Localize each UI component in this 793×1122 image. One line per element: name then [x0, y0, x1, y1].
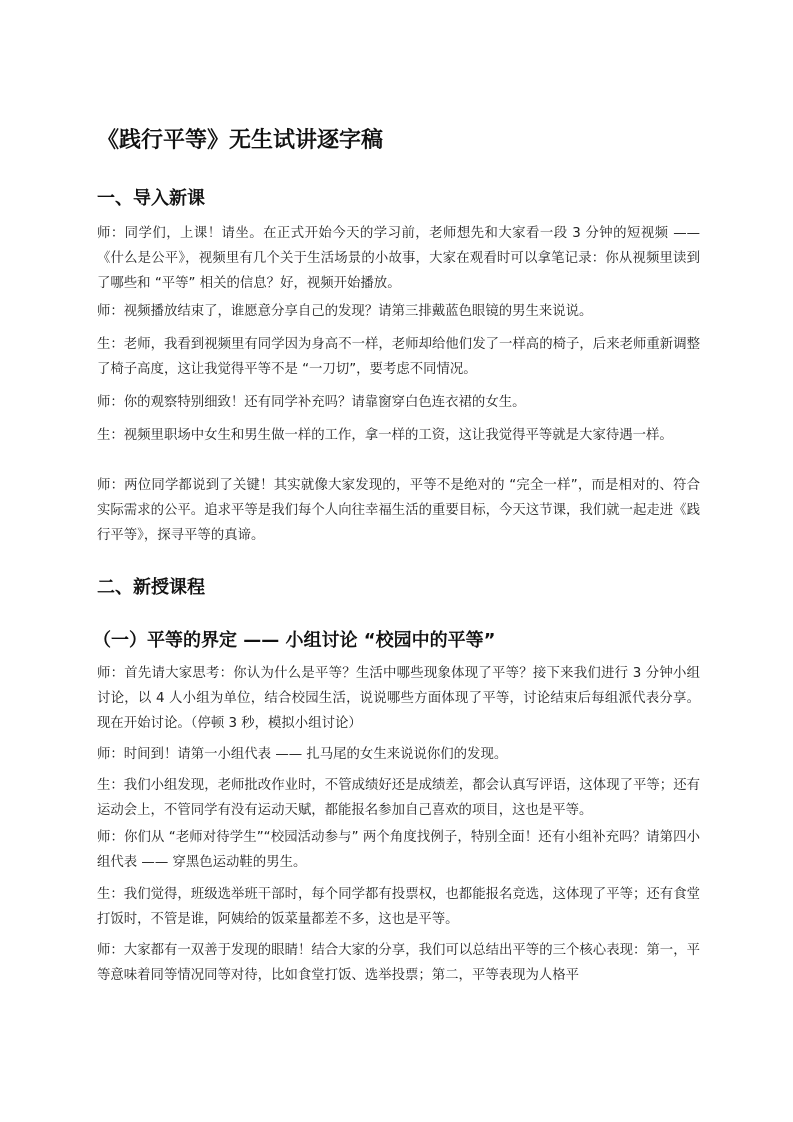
paragraph: 生：老师，我看到视频里有同学因为身高不一样，老师却给他们发了一样高的椅子，后来老… — [97, 332, 700, 382]
paragraph: 师：大家都有一双善于发现的眼睛！结合大家的分享，我们可以总结出平等的三个核心表现… — [97, 938, 700, 988]
document-title: 《践行平等》无生试讲逐字稿 — [97, 123, 383, 154]
paragraph: 师：同学们，上课！请坐。在正式开始今天的学习前，老师想先和大家看一段 3 分钟的… — [97, 221, 700, 296]
paragraph: 师：两位同学都说到了关键！其实就像大家发现的，平等不是绝对的 “完全一样”，而是… — [97, 473, 700, 548]
section-heading-intro: 一、导入新课 — [97, 184, 205, 210]
paragraph: 生：视频里职场中女生和男生做一样的工作，拿一样的工资，这让我觉得平等就是大家待遇… — [97, 423, 700, 448]
subsection-heading: （一）平等的界定 —— 小组讨论 “校园中的平等” — [93, 626, 495, 652]
paragraph: 师：你们从 “老师对待学生”“校园活动参与” 两个角度找例子，特别全面！还有小组… — [97, 825, 700, 875]
paragraph: 生：我们觉得，班级选举班干部时，每个同学都有投票权，也都能报名竞选，这体现了平等… — [97, 882, 700, 932]
paragraph: 师：你的观察特别细致！还有同学补充吗？请靠窗穿白色连衣裙的女生。 — [97, 390, 700, 415]
paragraph: 师：时间到！请第一小组代表 —— 扎马尾的女生来说说你们的发现。 — [97, 742, 700, 767]
paragraph: 师：视频播放结束了，谁愿意分享自己的发现？请第三排戴蓝色眼镜的男生来说说。 — [97, 299, 700, 324]
paragraph: 师：首先请大家思考：你认为什么是平等？生活中哪些现象体现了平等？接下来我们进行 … — [97, 661, 700, 736]
section-heading-new-lesson: 二、新授课程 — [97, 573, 205, 599]
paragraph: 生：我们小组发现，老师批改作业时，不管成绩好还是成绩差，都会认真写评语，这体现了… — [97, 773, 700, 823]
